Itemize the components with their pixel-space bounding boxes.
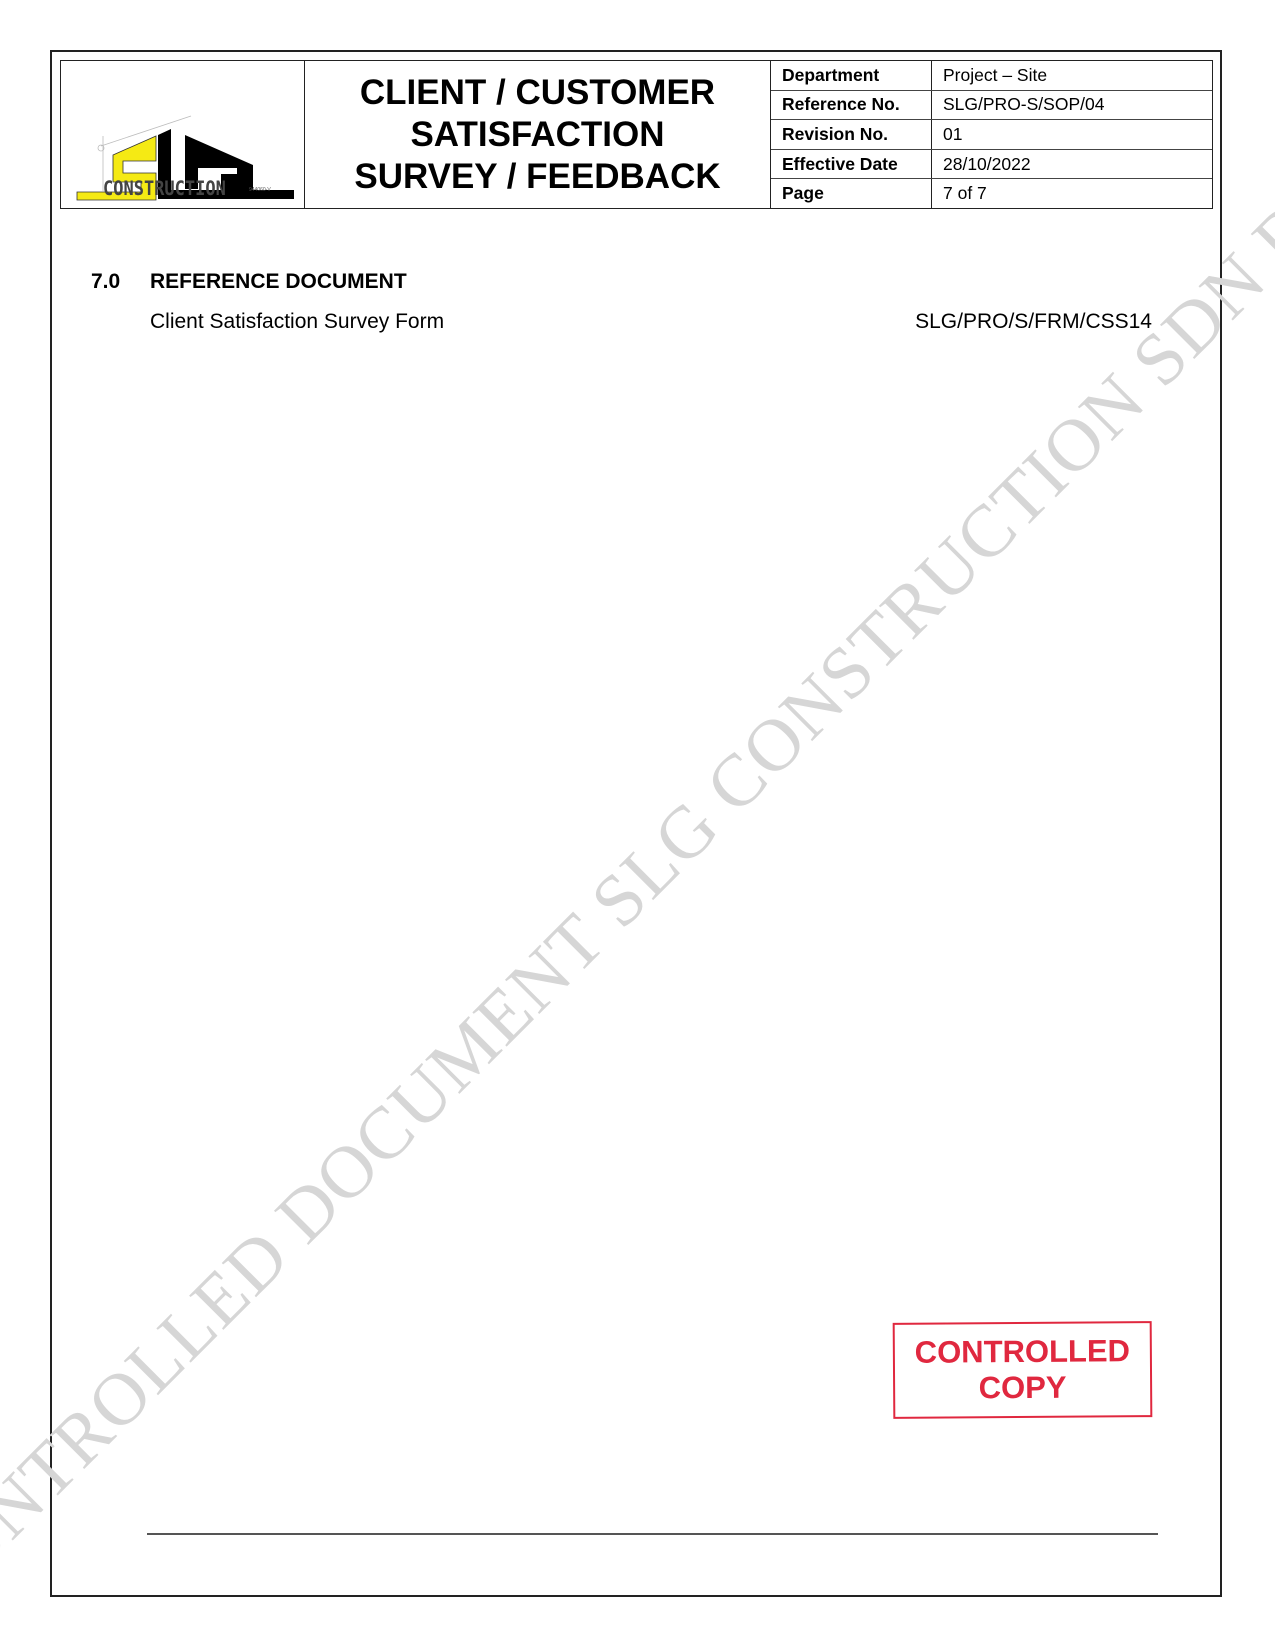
title-line: SATISFACTION [354, 114, 720, 156]
info-row-effective-date: Effective Date 28/10/2022 [771, 150, 1212, 180]
logo-tagline: CONSTRUCTION [103, 178, 226, 201]
info-row-department: Department Project – Site [771, 61, 1212, 91]
info-value: 7 of 7 [932, 179, 1212, 208]
document-title-cell: CLIENT / CUSTOMER SATISFACTION SURVEY / … [305, 61, 771, 208]
document-header: CONSTRUCTION 944060-V CLIENT / CUSTOMER … [60, 60, 1213, 209]
info-label: Page [771, 179, 932, 208]
footer-divider [147, 1533, 1158, 1535]
info-value: SLG/PRO-S/SOP/04 [932, 91, 1212, 120]
title-line: SURVEY / FEEDBACK [354, 156, 720, 198]
info-row-revision: Revision No. 01 [771, 120, 1212, 150]
stamp-line: COPY [895, 1369, 1150, 1407]
reference-document-name: Client Satisfaction Survey Form [150, 310, 444, 334]
title-line: CLIENT / CUSTOMER [354, 72, 720, 114]
section-number: 7.0 [91, 270, 120, 294]
logo-reg-no: 944060-V [249, 187, 271, 193]
info-label: Reference No. [771, 91, 932, 120]
info-label: Effective Date [771, 150, 932, 179]
reference-document-code: SLG/PRO/S/FRM/CSS14 [915, 310, 1152, 334]
info-value: Project – Site [932, 61, 1212, 90]
info-label: Revision No. [771, 120, 932, 149]
info-label: Department [771, 61, 932, 90]
document-title: CLIENT / CUSTOMER SATISFACTION SURVEY / … [354, 72, 720, 198]
controlled-copy-stamp: CONTROLLED COPY [893, 1321, 1153, 1419]
section-title: REFERENCE DOCUMENT [150, 270, 407, 294]
info-row-page: Page 7 of 7 [771, 179, 1212, 208]
company-logo: CONSTRUCTION 944060-V [61, 61, 305, 208]
info-row-reference: Reference No. SLG/PRO-S/SOP/04 [771, 91, 1212, 121]
stamp-line: CONTROLLED [895, 1333, 1150, 1371]
document-info-table: Department Project – Site Reference No. … [771, 61, 1212, 208]
info-value: 01 [932, 120, 1212, 149]
info-value: 28/10/2022 [932, 150, 1212, 179]
